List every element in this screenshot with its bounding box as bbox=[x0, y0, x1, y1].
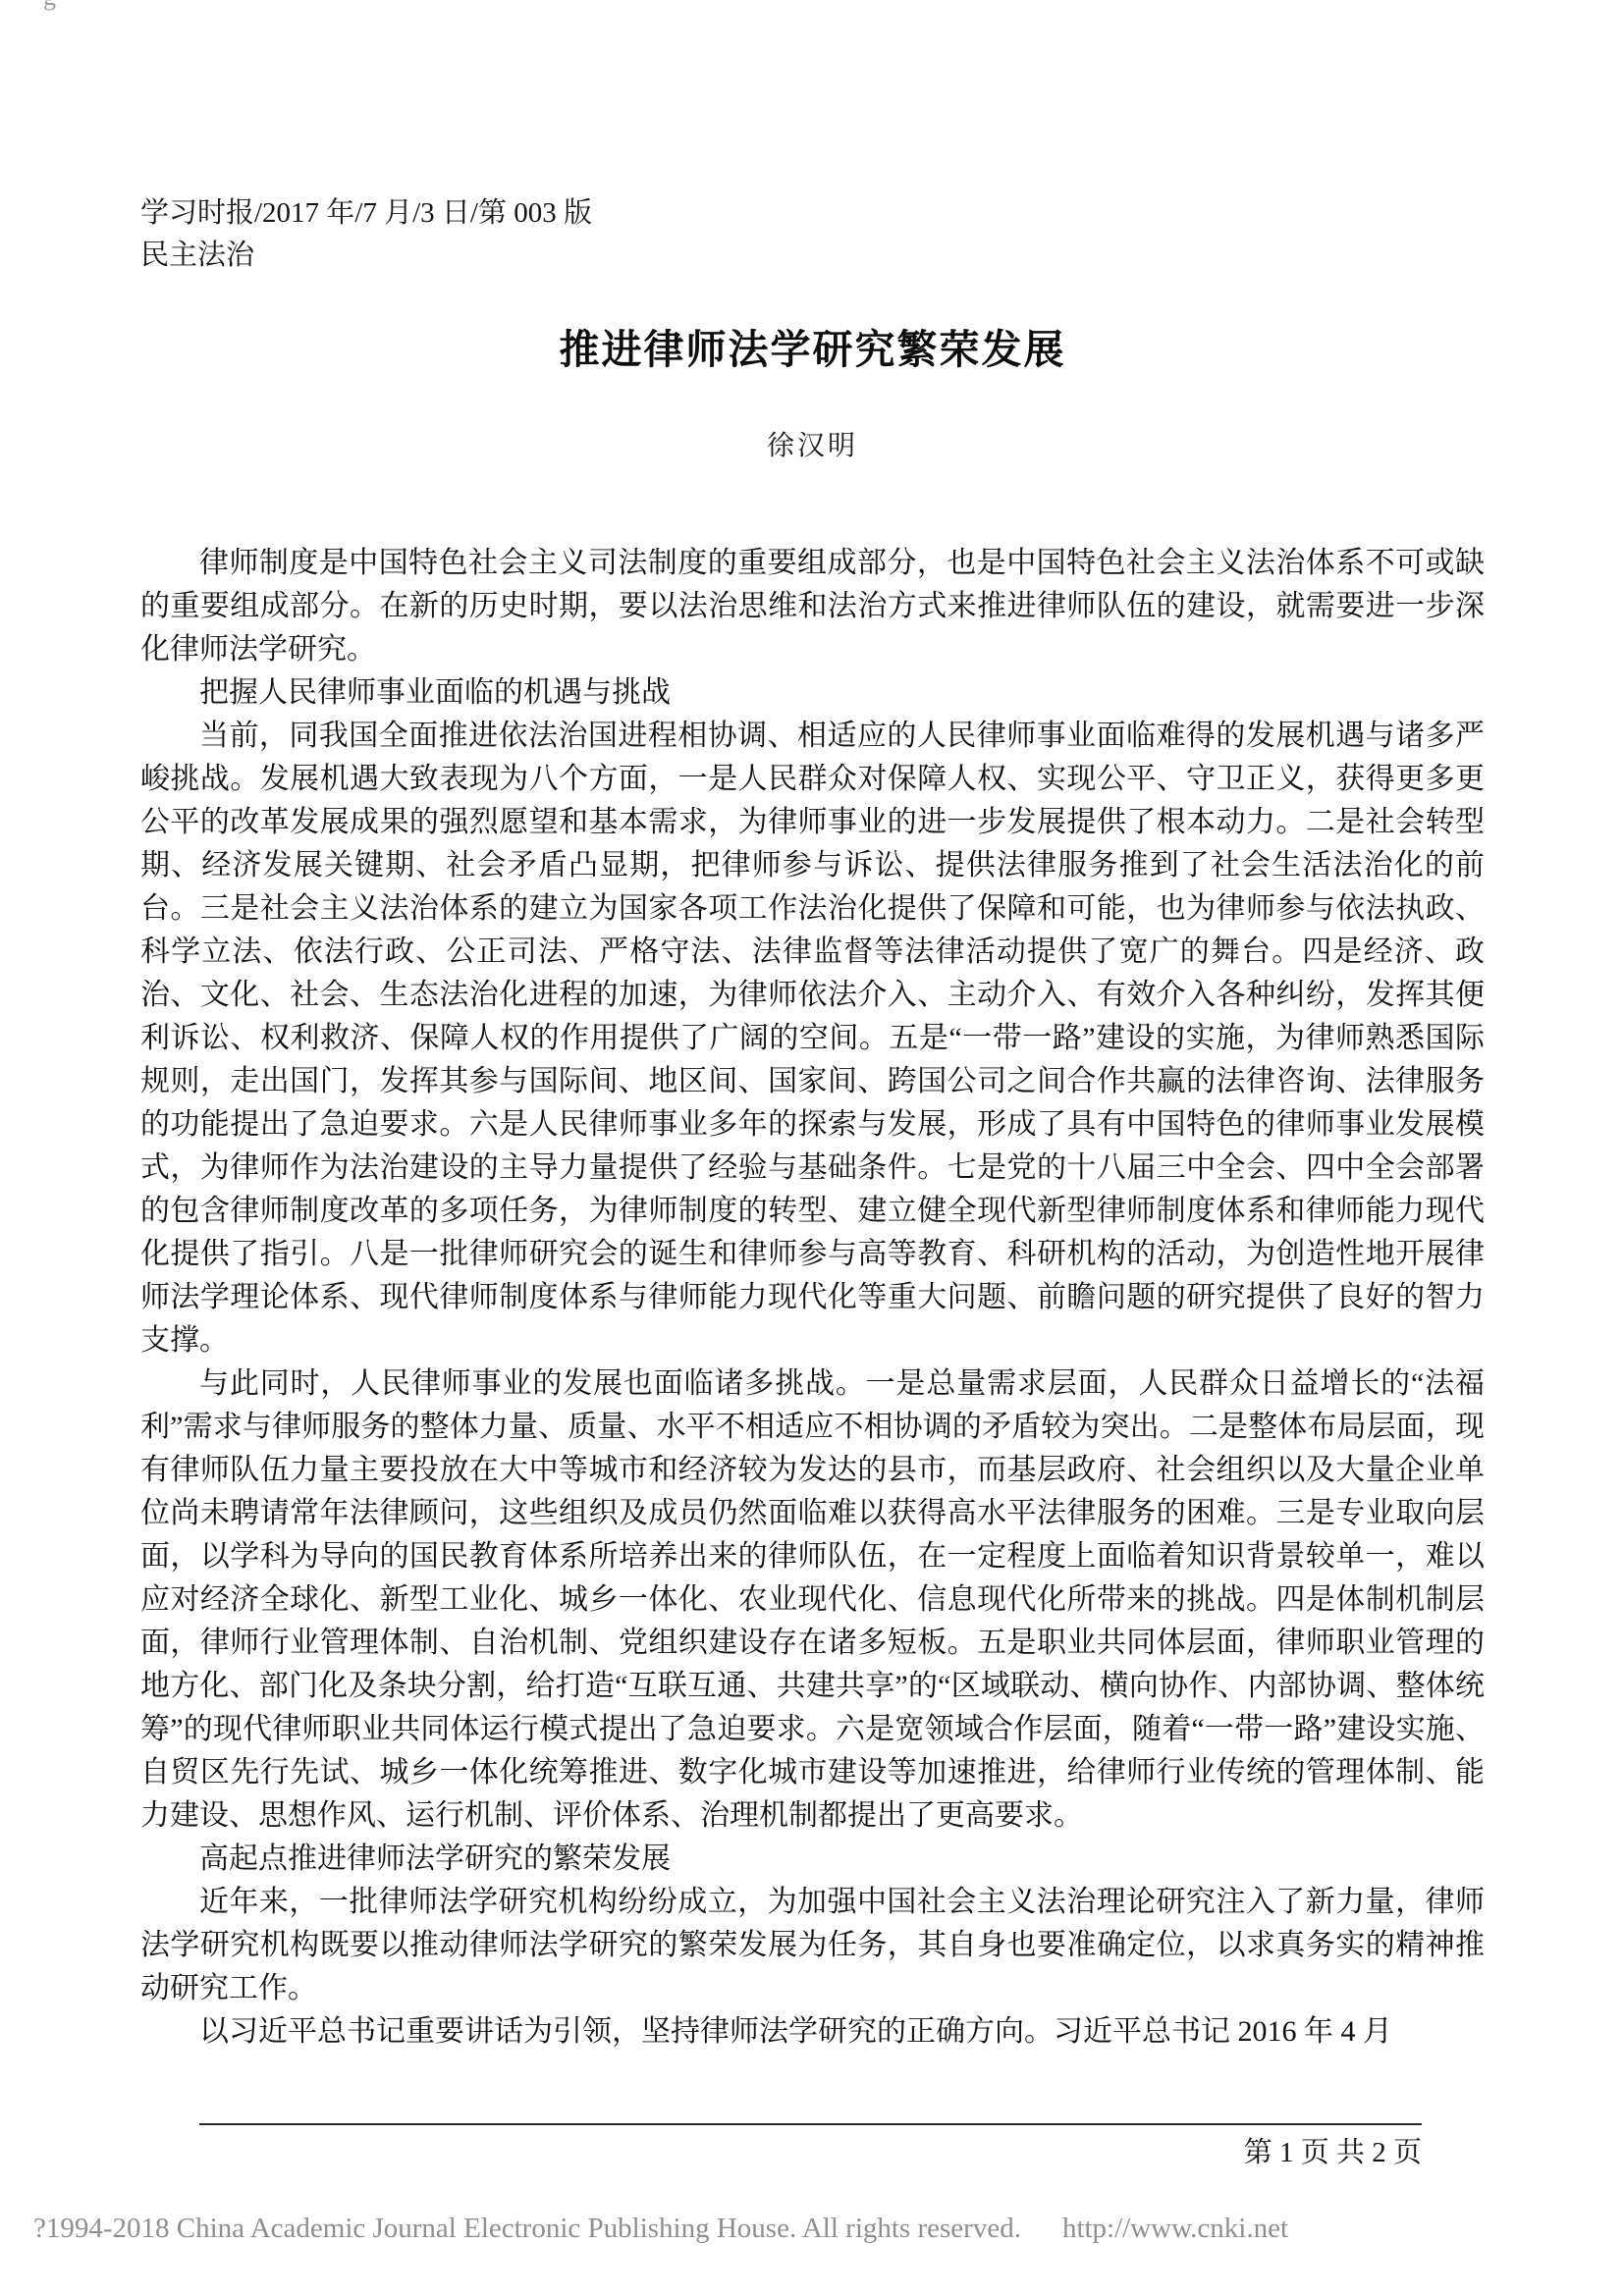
section-label: 民主法治 bbox=[140, 235, 1485, 277]
subheading: 把握人民律师事业面临的机遇与挑战 bbox=[140, 671, 1485, 715]
copyright-text: ?1994-2018 China Academic Journal Electr… bbox=[33, 2213, 1021, 2244]
paragraph: 与此同时，人民律师事业的发展也面临诸多挑战。一是总量需求层面，人民群众日益增长的… bbox=[140, 1362, 1485, 1838]
paragraph: 近年来，一批律师法学研究机构纷纷成立，为加强中国社会主义法治理论研究注入了新力量… bbox=[140, 1881, 1485, 2010]
paragraph: 律师制度是中国特色社会主义司法制度的重要组成部分，也是中国特色社会主义法治体系不… bbox=[140, 542, 1485, 671]
article-body: 律师制度是中国特色社会主义司法制度的重要组成部分，也是中国特色社会主义法治体系不… bbox=[140, 542, 1485, 2054]
page-indicator: 第 1 页 共 2 页 bbox=[199, 2132, 1422, 2173]
cnki-url: http://www.cnki.net bbox=[1062, 2213, 1288, 2244]
source-block: 学习时报/2017 年/7 月/3 日/第 003 版 民主法治 bbox=[140, 192, 1485, 277]
document-page: 学习时报/2017 年/7 月/3 日/第 003 版 民主法治 推进律师法学研… bbox=[140, 0, 1485, 2054]
copyright-line: ?1994-2018 China Academic Journal Electr… bbox=[33, 2209, 1585, 2248]
scan-corner-artifact: g bbox=[43, 0, 56, 12]
article-author: 徐汉明 bbox=[140, 426, 1485, 467]
footer-divider bbox=[199, 2123, 1422, 2125]
source-line: 学习时报/2017 年/7 月/3 日/第 003 版 bbox=[140, 192, 1485, 235]
article-title: 推进律师法学研究繁荣发展 bbox=[140, 322, 1485, 377]
paragraph: 以习近平总书记重要讲话为引领，坚持律师法学研究的正确方向。习近平总书记 2016… bbox=[140, 2010, 1485, 2054]
subheading: 高起点推进律师法学研究的繁荣发展 bbox=[140, 1838, 1485, 1881]
paragraph: 当前，同我国全面推进依法治国进程相协调、相适应的人民律师事业面临难得的发展机遇与… bbox=[140, 715, 1485, 1362]
